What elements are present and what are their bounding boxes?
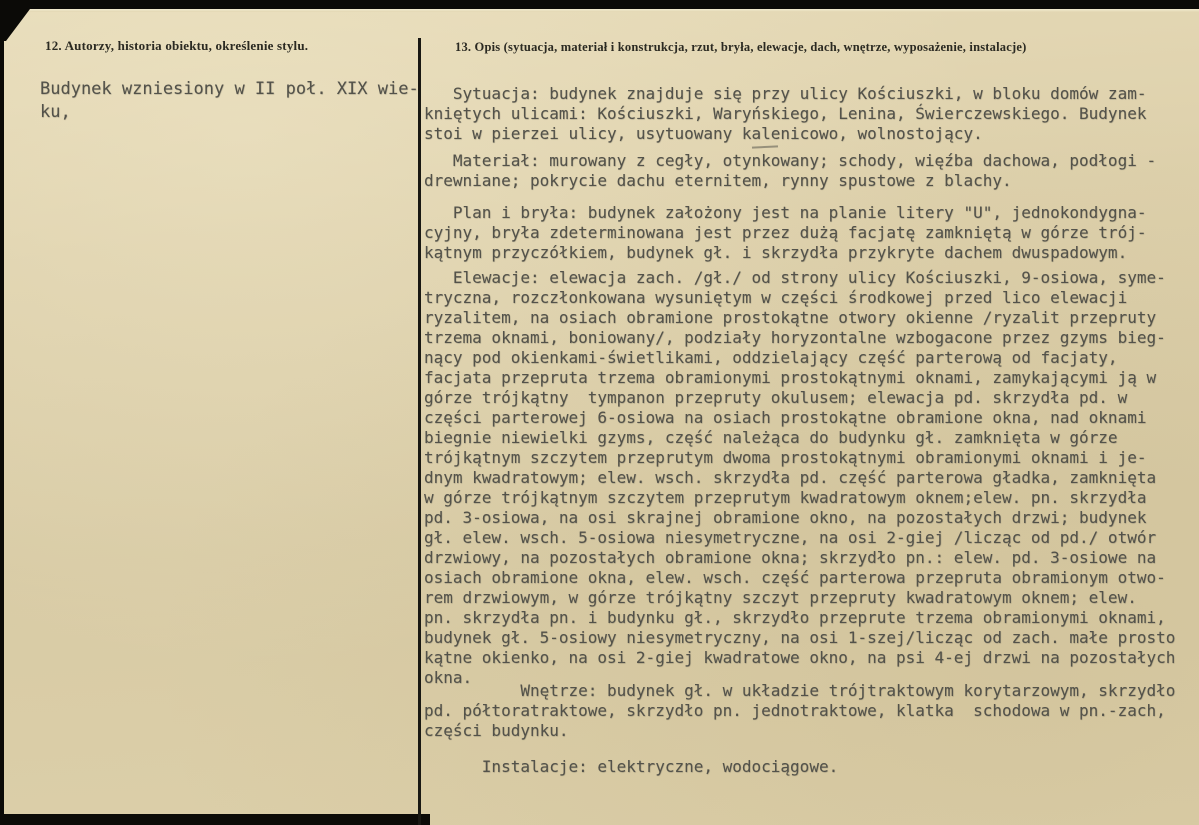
field12-content: Budynek wzniesiony w II poł. XIX wie- ku… — [40, 78, 419, 124]
scan-edge-left — [0, 9, 4, 825]
field13-paragraph-wnetrze: Wnętrze: budynek gł. w układzie trójtrak… — [424, 681, 1175, 741]
column-divider-line — [418, 38, 421, 825]
field13-paragraph-sytuacja: Sytuacja: budynek znajduje się przy ulic… — [424, 84, 1146, 144]
field13-paragraph-material: Materiał: murowany z cegły, otynkowany; … — [424, 151, 1156, 191]
field13-label: 13. Opis (sytuacja, materiał i konstrukc… — [455, 40, 1026, 55]
scan-edge-top — [0, 0, 1199, 9]
field12-label: 12. Autorzy, historia obiektu, określeni… — [45, 38, 308, 54]
paper-top-edge — [4, 9, 1199, 12]
field13-paragraph-instalacje: Instalacje: elektryczne, wodociągowe. — [424, 757, 838, 777]
scan-edge-bottom — [0, 814, 430, 825]
field13-paragraph-elewacje: Elewacje: elewacja zach. /gł./ od strony… — [424, 268, 1175, 688]
field13-paragraph-plan-i-bryla: Plan i bryła: budynek założony jest na p… — [424, 203, 1146, 263]
